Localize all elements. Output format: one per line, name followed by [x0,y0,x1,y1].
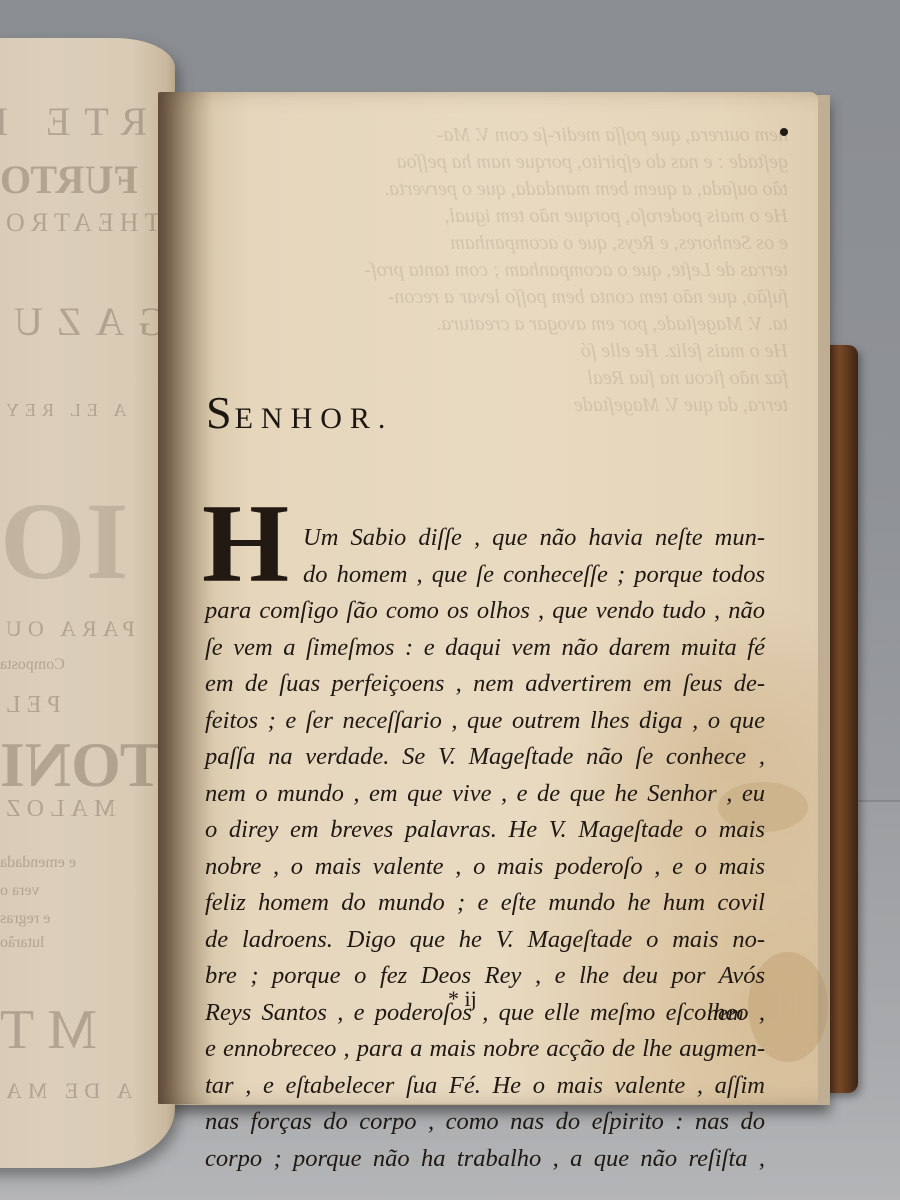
page-heading: SENHOR. [206,386,393,439]
bleed-line: e emendada [0,854,175,872]
text-line: ſe vem a ſimeſmos : e daqui vem não dare… [205,630,765,667]
signature-mark: * ij [448,986,477,1012]
bleed-line: THEATRO [0,208,175,238]
text-line: nobre , o mais valente , o mais poderoſo… [205,849,765,886]
text-line: paſſa na verdade. Se V. Mageſtade não ſe… [205,739,765,776]
body-text: Um Sabio diſſe , que não havia neſte mun… [205,520,765,1177]
bleed-line: Composta [0,656,175,674]
bleed-line: A EL REY [0,400,175,421]
bleed-line: lutarão [0,934,175,952]
bleed-glyph: M T [0,998,175,1062]
text-line: e ennobreceo , para a mais nobre acção d… [205,1031,765,1068]
heading-rest: ENHOR. [235,402,394,435]
text-line: do homem , que ſe conheceſſe ; porque to… [205,557,765,594]
text-line: feitos ; e ſer neceſſario , que outrem l… [205,703,765,740]
worm-hole [780,128,788,136]
bleed-line: MALOZ [0,796,175,823]
text-line: tar , e eſtabelecer ſua Fé. He o mais va… [205,1068,765,1105]
bleed-glyph: IO [0,478,175,605]
text-line: o direy em breves palavras. He V. Mageſt… [205,812,765,849]
text-line: corpo ; porque não ha trabalho , a que n… [205,1141,765,1178]
text-line: Reys Santos , e poderoſos , que elle meſ… [205,995,765,1032]
text-line: em de ſuas perfeiçoens , nem advertirem … [205,666,765,703]
bleed-line: TONI [0,728,175,802]
text-line: nas forças do corpo , como nas do eſpiri… [205,1104,765,1141]
bleed-line: vera o [0,882,175,900]
heading-initial: S [206,387,235,438]
bleed-glyph: A DE MA [0,1078,175,1104]
left-page: ARTE D FURTO THEATRO GAZU A EL REY IO PA… [0,38,175,1168]
bleed-line: GAZU [0,298,175,345]
text-line: para comſigo ſão como os olhos , que ven… [205,593,765,630]
bleed-line: PEL [0,692,175,719]
text-line: de ladroens. Digo que he V. Mageſtade o … [205,922,765,959]
bleed-line: FURTO [0,156,175,203]
bleed-line: PARA OU [0,616,175,642]
text-line: Um Sabio diſſe , que não havia neſte mun… [205,520,765,557]
text-line: nem o mundo , em que vive , e de que he … [205,776,765,813]
show-through-text: nem outrera, que poſſa medir-ſe com V. M… [228,122,788,419]
bleed-line: e regras [0,910,175,928]
text-line: feliz homem do mundo ; e eſte mundo he h… [205,885,765,922]
catchword: nem [707,1000,744,1026]
bleed-line: ARTE D [0,98,175,145]
text-line: bre ; porque o fez Deos Rey , e lhe deu … [205,958,765,995]
